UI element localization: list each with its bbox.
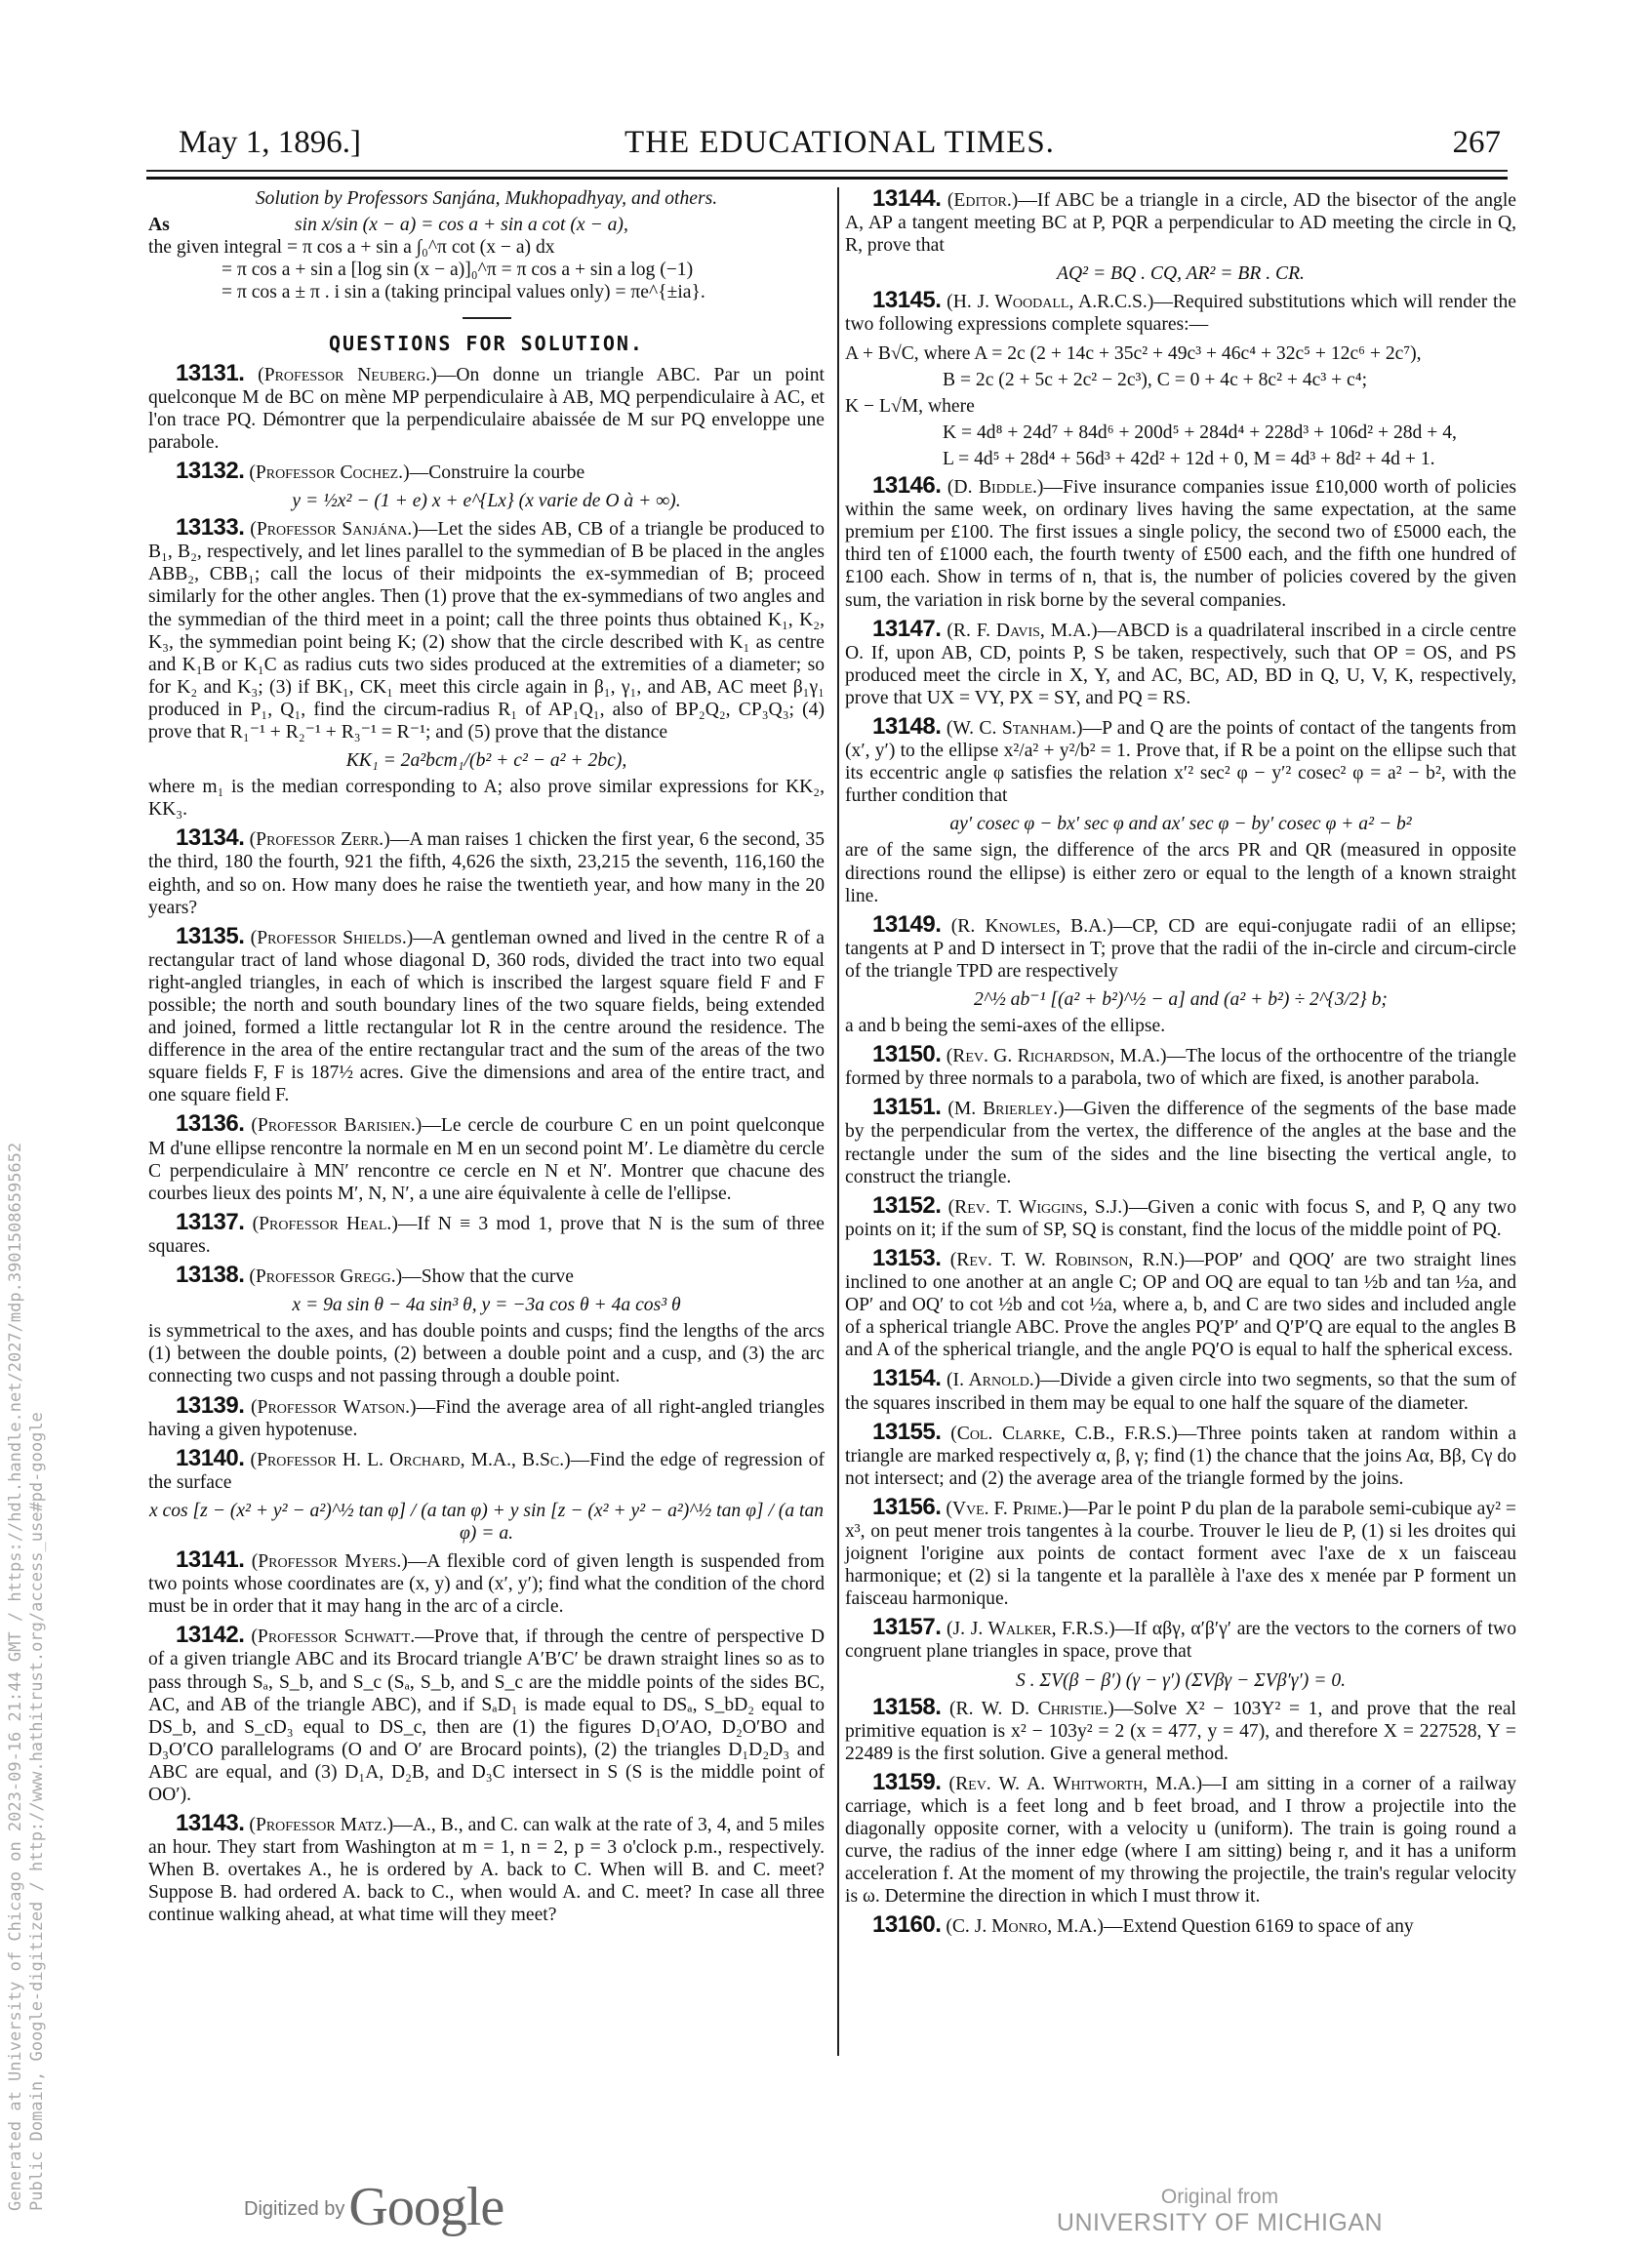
question-number: 13149. xyxy=(872,911,941,938)
question-author: (M. Brierley.) xyxy=(947,1099,1064,1119)
question-item: 13133. (Professor Sanjána.)—Let the side… xyxy=(148,516,825,743)
question-text: —Extend Question 6169 to space of any xyxy=(1104,1916,1414,1937)
digitized-by-label: Digitized by xyxy=(244,2198,344,2220)
question-number: 13153. xyxy=(872,1245,941,1271)
question-author: (Professor Barisien.) xyxy=(251,1115,422,1136)
stamp-line-1: Generated at University of Chicago on 20… xyxy=(6,1143,25,2211)
question-number: 13131. xyxy=(176,360,244,386)
question-number: 13137. xyxy=(176,1209,244,1235)
question-text: —Le cercle de courbure C en un point que… xyxy=(148,1115,825,1203)
question-formula-line: B = 2c (2 + 5c + 2c² − 2c³), C = 0 + 4c … xyxy=(845,369,1516,391)
question-item: 13157. (J. J. Walker, F.R.S.)—If αβγ, α′… xyxy=(845,1616,1516,1663)
section-divider xyxy=(463,317,511,319)
question-formula-line: A + B√C, where A = 2c (2 + 14c + 35c² + … xyxy=(845,342,1516,365)
question-formula: S . ΣV(β − β′) (γ − γ′) (ΣVβγ − ΣVβ′γ′) … xyxy=(845,1669,1516,1692)
question-number: 13139. xyxy=(176,1392,244,1419)
question-formula: x = 9a sin θ − 4a sin³ θ, y = −3a cos θ … xyxy=(148,1294,825,1316)
solution-as-equation: sin x/sin (x − a) = cos a + sin a cot (x… xyxy=(295,214,628,236)
questions-list-right: 13144. (Editor.)—If ABC be a triangle in… xyxy=(845,187,1516,1939)
question-author: (Col. Clarke, C.B., F.R.S.) xyxy=(950,1424,1178,1444)
question-author: (C. J. Monro, M.A.) xyxy=(946,1916,1104,1937)
question-author: (Professor Heal.) xyxy=(253,1214,398,1234)
question-text: —Three points taken at random within a t… xyxy=(845,1424,1516,1489)
question-item: 13159. (Rev. W. A. Whitworth, M.A.)—I am… xyxy=(845,1771,1516,1908)
question-text: —Find the average area of all right-angl… xyxy=(148,1397,825,1440)
left-column: Solution by Professors Sanjána, Mukhopad… xyxy=(148,187,825,1933)
solution-block: Solution by Professors Sanjána, Mukhopad… xyxy=(148,187,825,303)
question-item: 13135. (Professor Shields.)—A gentleman … xyxy=(148,925,825,1107)
question-text: —Solve X² − 103Y² = 1, and prove that th… xyxy=(845,1699,1516,1764)
question-item: 13136. (Professor Barisien.)—Le cercle d… xyxy=(148,1112,825,1204)
question-number: 13134. xyxy=(176,824,244,851)
question-formula: 2^½ ab⁻¹ [(a² + b²)^½ − a] and (a² + b²)… xyxy=(845,988,1516,1011)
question-number: 13141. xyxy=(176,1547,244,1573)
question-number: 13152. xyxy=(872,1192,941,1219)
solution-line: = π cos a + sin a [log sin (x − a)]₀^π =… xyxy=(148,259,825,281)
question-formula-line: L = 4d⁵ + 28d⁴ + 56d³ + 42d² + 12d + 0, … xyxy=(845,448,1516,470)
question-author: (Rev. T. Wiggins, S.J.) xyxy=(948,1197,1129,1218)
question-number: 13136. xyxy=(176,1110,244,1137)
question-text: —On donne un triangle ABC. Par un point … xyxy=(148,365,825,453)
question-item: 13143. (Professor Matz.)—A., B., and C. … xyxy=(148,1812,825,1926)
question-author: (Professor Schwatt. xyxy=(251,1627,415,1647)
question-text: —If ABC be a triangle in a circle, AD th… xyxy=(845,190,1516,256)
question-author: (Professor Sanjána.) xyxy=(250,519,418,540)
original-from-label: Original from xyxy=(1025,2186,1415,2209)
question-number: 13150. xyxy=(872,1041,941,1067)
question-item: 13156. (Vve. F. Prime.)—Par le point P d… xyxy=(845,1496,1516,1610)
institution-name: UNIVERSITY OF MICHIGAN xyxy=(1025,2209,1415,2237)
question-author: (Professor Matz.) xyxy=(249,1815,393,1835)
hathitrust-stamp: Generated at University of Chicago on 20… xyxy=(4,747,47,2211)
question-number: 13151. xyxy=(872,1094,941,1120)
question-item: 13144. (Editor.)—If ABC be a triangle in… xyxy=(845,187,1516,257)
question-number: 13143. xyxy=(176,1810,244,1836)
question-item: 13141. (Professor Myers.)—A flexible cor… xyxy=(148,1548,825,1618)
question-number: 13146. xyxy=(872,472,941,499)
question-item: 13151. (M. Brierley.)—Given the differen… xyxy=(845,1096,1516,1187)
question-author: (Rev. G. Richardson, M.A.) xyxy=(947,1046,1167,1066)
question-formula: AQ² = BQ . CQ, AR² = BR . CR. xyxy=(845,262,1516,285)
question-item: 13149. (R. Knowles, B.A.)—CP, CD are equ… xyxy=(845,913,1516,983)
question-number: 13140. xyxy=(176,1445,244,1471)
question-author: (Rev. T. W. Robinson, R.N.) xyxy=(950,1250,1185,1270)
question-number: 13154. xyxy=(872,1365,941,1391)
question-item: 13158. (R. W. D. Christie.)—Solve X² − 1… xyxy=(845,1696,1516,1765)
question-author: (Professor Watson.) xyxy=(251,1397,417,1418)
question-item: 13134. (Professor Zerr.)—A man raises 1 … xyxy=(148,826,825,918)
question-number: 13132. xyxy=(176,458,244,484)
question-formula: ay′ cosec φ − bx′ sec φ and ax′ sec φ − … xyxy=(845,813,1516,835)
question-number: 13155. xyxy=(872,1419,941,1445)
question-formula-line: K = 4d⁸ + 24d⁷ + 84d⁶ + 200d⁵ + 284d⁴ + … xyxy=(845,422,1516,444)
issue-date: May 1, 1896.] xyxy=(179,125,361,161)
question-number: 13144. xyxy=(872,185,941,212)
question-author: (Professor Shields.) xyxy=(251,928,414,948)
solution-as-label: As xyxy=(148,214,295,236)
header-rule-thin xyxy=(146,170,1508,172)
question-item: 13154. (I. Arnold.)—Divide a given circl… xyxy=(845,1367,1516,1414)
solution-line: the given integral = π cos a + sin a ∫₀^… xyxy=(148,236,825,259)
question-number: 13157. xyxy=(872,1614,941,1640)
question-formula: y = ½x² − (1 + e) x + e^{Lx} (x varie de… xyxy=(148,490,825,512)
question-author: (Editor.) xyxy=(947,190,1018,211)
question-text: —If N ≡ 3 mod 1, prove that N is the sum… xyxy=(148,1214,825,1257)
question-item: 13155. (Col. Clarke, C.B., F.R.S.)—Three… xyxy=(845,1421,1516,1490)
question-item: 13150. (Rev. G. Richardson, M.A.)—The lo… xyxy=(845,1043,1516,1090)
question-item: 13132. (Professor Cochez.)—Construire la… xyxy=(148,460,825,484)
question-text: —Construire la courbe xyxy=(410,462,585,483)
question-author: (Vve. F. Prime.) xyxy=(946,1499,1068,1519)
question-item: 13138. (Professor Gregg.)—Show that the … xyxy=(148,1264,825,1288)
question-text: —Five insurance companies issue £10,000 … xyxy=(845,477,1516,610)
question-author: (Professor Neuberg.) xyxy=(258,365,437,385)
journal-title: THE EDUCATIONAL TIMES. xyxy=(179,125,1501,161)
digitized-by-google: Digitized by Google xyxy=(244,2176,504,2238)
question-author: (W. C. Stanham.) xyxy=(947,718,1083,739)
question-item: 13153. (Rev. T. W. Robinson, R.N.)—POP′ … xyxy=(845,1247,1516,1361)
question-number: 13135. xyxy=(176,923,244,949)
question-author: (R. W. D. Christie.) xyxy=(949,1699,1114,1719)
question-item: 13145. (H. J. Woodall, A.R.C.S.)—Require… xyxy=(845,289,1516,336)
question-author: (J. J. Walker, F.R.S.) xyxy=(947,1619,1115,1639)
question-number: 13158. xyxy=(872,1694,941,1720)
question-formula-line: K − L√M, where xyxy=(845,395,1516,418)
question-item: 13146. (D. Biddle.)—Five insurance compa… xyxy=(845,474,1516,612)
question-number: 13147. xyxy=(872,616,941,642)
question-item: 13152. (Rev. T. Wiggins, S.J.)—Given a c… xyxy=(845,1194,1516,1241)
question-number: 13138. xyxy=(176,1262,244,1288)
question-text: —Given the difference of the segments of… xyxy=(845,1099,1516,1186)
header-rule-thick xyxy=(146,177,1508,180)
section-title: QUESTIONS FOR SOLUTION. xyxy=(148,333,825,355)
question-author: (I. Arnold.) xyxy=(947,1370,1040,1390)
questions-list-left: 13131. (Professor Neuberg.)—On donne un … xyxy=(148,362,825,1927)
question-formula: x cos [z − (x² + y² − a²)^½ tan φ] / (a … xyxy=(148,1500,825,1545)
question-item: 13142. (Professor Schwatt.—Prove that, i… xyxy=(148,1624,825,1806)
question-text-continued: are of the same sign, the difference of … xyxy=(845,839,1516,906)
question-formula: KK₁ = 2a²bcm₁/(b² + c² − a² + 2bc), xyxy=(148,749,825,772)
question-author: (Professor Cochez.) xyxy=(249,462,409,483)
stamp-line-2: Public Domain, Google-digitized / http:/… xyxy=(27,1412,47,2211)
question-author: (Rev. W. A. Whitworth, M.A.) xyxy=(949,1774,1203,1794)
question-item: 13160. (C. J. Monro, M.A.)—Extend Questi… xyxy=(845,1913,1516,1938)
question-item: 13147. (R. F. Davis, M.A.)—ABCD is a qua… xyxy=(845,618,1516,709)
question-author: (R. Knowles, B.A.) xyxy=(951,916,1113,937)
question-item: 13140. (Professor H. L. Orchard, M.A., B… xyxy=(148,1447,825,1494)
original-from: Original from UNIVERSITY OF MICHIGAN xyxy=(1025,2186,1415,2237)
question-item: 13148. (W. C. Stanham.)—P and Q are the … xyxy=(845,715,1516,807)
question-item: 13137. (Professor Heal.)—If N ≡ 3 mod 1,… xyxy=(148,1211,825,1258)
question-author: (D. Biddle.) xyxy=(947,477,1044,498)
solution-byline: Solution by Professors Sanjána, Mukhopad… xyxy=(148,187,825,210)
question-number: 13148. xyxy=(872,713,941,740)
question-text: —Given a conic with focus S, and P, Q an… xyxy=(845,1197,1516,1240)
question-author: (Professor Myers.) xyxy=(252,1551,408,1572)
page-header: THE EDUCATIONAL TIMES. May 1, 1896.] 267 xyxy=(179,125,1501,174)
question-text: —CP, CD are equi-conjugate radii of an e… xyxy=(845,916,1516,982)
question-text-continued: where m₁ is the median corresponding to … xyxy=(148,776,825,821)
question-text: —Show that the curve xyxy=(402,1266,574,1287)
question-author: (H. J. Woodall, A.R.C.S.) xyxy=(947,292,1153,312)
question-number: 13156. xyxy=(872,1494,941,1520)
google-logo: Google xyxy=(348,2177,504,2237)
question-number: 13133. xyxy=(176,514,244,541)
solution-line: = π cos a ± π . i sin a (taking principa… xyxy=(148,281,825,303)
question-author: (R. F. Davis, M.A.) xyxy=(947,621,1097,641)
question-number: 13145. xyxy=(872,287,941,313)
question-author: (Professor Zerr.) xyxy=(250,829,390,850)
page-number: 267 xyxy=(1453,125,1502,161)
question-text: —Let the sides AB, CB of a triangle be p… xyxy=(148,519,825,743)
column-divider xyxy=(837,187,839,2056)
question-number: 13159. xyxy=(872,1769,941,1795)
question-author: (Professor Gregg.) xyxy=(249,1266,402,1287)
question-number: 13160. xyxy=(872,1911,941,1938)
question-text-continued: a and b being the semi-axes of the ellip… xyxy=(845,1015,1516,1037)
question-author: (Professor H. L. Orchard, M.A., B.Sc.) xyxy=(251,1450,571,1470)
question-number: 13142. xyxy=(176,1622,244,1648)
right-column: 13144. (Editor.)—If ABC be a triangle in… xyxy=(845,187,1516,1945)
question-text: —Prove that, if through the centre of pe… xyxy=(148,1627,825,1805)
question-text: —A gentleman owned and lived in the cent… xyxy=(148,928,825,1106)
question-text-continued: is symmetrical to the axes, and has doub… xyxy=(148,1320,825,1387)
solution-as-line: As sin x/sin (x − a) = cos a + sin a cot… xyxy=(148,214,825,236)
question-item: 13139. (Professor Watson.)—Find the aver… xyxy=(148,1394,825,1441)
question-text: —A flexible cord of given length is susp… xyxy=(148,1551,825,1617)
question-item: 13131. (Professor Neuberg.)—On donne un … xyxy=(148,362,825,454)
